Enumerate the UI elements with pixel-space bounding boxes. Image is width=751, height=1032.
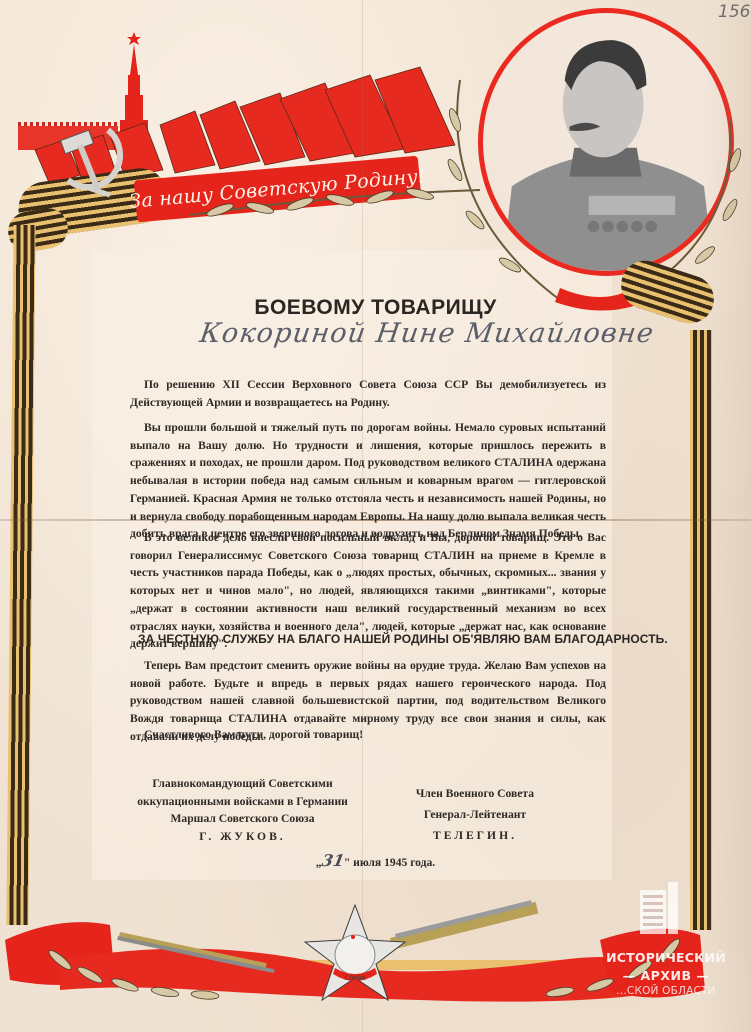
signature-right-name: ТЕЛЕГИН. [380,825,570,846]
paragraph-5-text: Счастливого Вам пути, дорогой товарищ! [130,726,606,744]
signature-left-line1: Главнокомандующий Советскими [130,775,355,793]
recipient-name-handwritten: Кокориной Нине Михайловне [198,318,602,349]
date-rest: " июля 1945 года. [344,856,435,869]
signature-left-line3: Маршал Советского Союза [130,810,355,828]
order-badge-label: СЛАВА [344,975,366,982]
hammer-and-sickle-icon [50,120,130,210]
issue-date: „31" июля 1945 года. [0,851,751,870]
date-day-handwritten: 31 [320,851,346,870]
archive-building-icon [636,880,686,938]
signature-right-line2: Генерал-Лейтенант [380,804,570,825]
signature-right-line1: Член Военного Совета [380,783,570,804]
signature-telegin: Член Военного Совета Генерал-Лейтенант Т… [380,783,570,846]
gratitude-line: ЗА ЧЕСТНУЮ СЛУЖБУ НА БЛАГО НАШЕЙ РОДИНЫ … [138,632,608,646]
signature-left-name: Г. ЖУКОВ. [130,828,355,846]
paragraph-5: Счастливого Вам пути, дорогой товарищ! [130,726,606,744]
paragraph-1: По решению XII Сессии Верховного Совета … [130,376,606,411]
signature-left-line2: оккупационными войсками в Германии [130,793,355,811]
paragraph-1-text: По решению XII Сессии Верховного Совета … [130,376,606,411]
laurel-branch-top [190,180,480,230]
signature-zhukov: Главнокомандующий Советскими оккупационн… [130,775,355,845]
paragraph-2: Вы прошли большой и тяжелый путь по доро… [130,419,606,543]
scan-edge-shadow [700,0,751,1032]
paragraph-2-text: Вы прошли большой и тяжелый путь по доро… [130,419,606,543]
certificate-title: БОЕВОМУ ТОВАРИЩУ [0,296,751,320]
